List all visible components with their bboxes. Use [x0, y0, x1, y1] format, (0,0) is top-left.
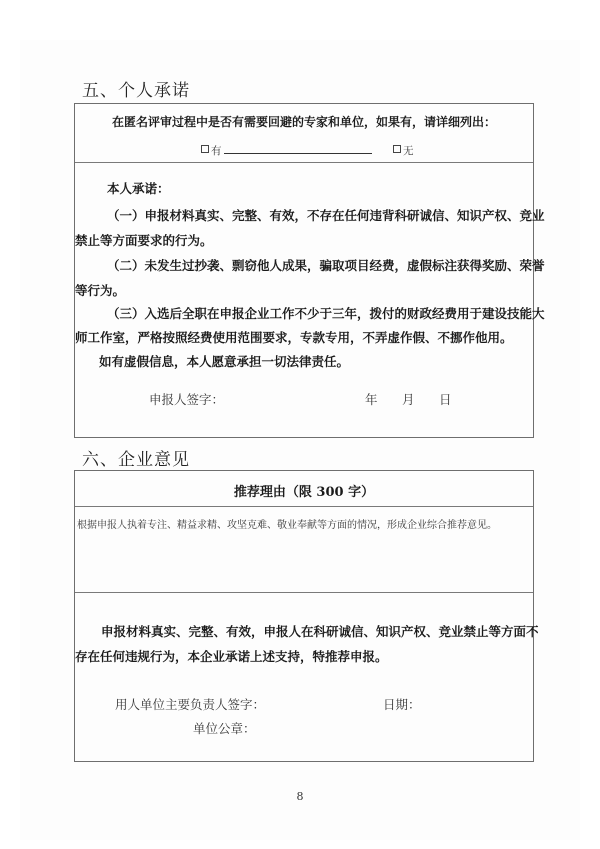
- enterprise-statement-line1: 申报材料真实、完整、有效，申报人在科研诚信、知识产权、竞业禁止等方面不: [101, 622, 539, 640]
- enterprise-statement-line2: 存在任何违规行为，本企业承诺上述支持，特推荐申报。: [75, 647, 388, 665]
- date-label: 日期：: [383, 695, 421, 713]
- personal-pledge-box: 在匿名评审过程中是否有需要回避的专家和单位，如果有，请详细列出： 有 无 本人承…: [74, 103, 534, 438]
- year-label: 年: [365, 390, 378, 408]
- pledge-item2-line1: （二）未发生过抄袭、剽窃他人成果，骗取项目经费，虚假标注获得奖励、荣誉: [107, 256, 545, 274]
- enterprise-opinion-box: 推荐理由（限 300 字） 根据申报人执着专注、精益求精、攻坚克难、敬业奉献等方…: [74, 470, 534, 762]
- reason-header: 推荐理由（限 300 字）: [75, 481, 533, 500]
- page-number: 8: [0, 790, 600, 803]
- pledge-item1-line1: （一）申报材料真实、完整、有效，不存在任何违背科研诚信、知识产权、竞业: [107, 206, 545, 224]
- pledge-heading: 本人承诺：: [107, 179, 170, 197]
- pledge-item2-line2: 等行为。: [75, 281, 125, 299]
- divider: [75, 506, 533, 507]
- option-no[interactable]: 无: [393, 143, 414, 158]
- avoidance-question: 在匿名评审过程中是否有需要回避的专家和单位，如果有，请详细列出：: [75, 113, 533, 130]
- pledge-item1-line2: 禁止等方面要求的行为。: [75, 231, 213, 249]
- leader-signature-field[interactable]: [271, 689, 371, 711]
- liability-statement: 如有虚假信息，本人愿意承担一切法律责任。: [99, 352, 349, 370]
- day-label: 日: [439, 390, 452, 408]
- reason-text-area[interactable]: [77, 531, 531, 589]
- reason-hint: 根据申报人执着专注、精益求精、攻坚克难、敬业奉献等方面的情况，形成企业综合推荐意…: [77, 516, 497, 531]
- divider: [75, 592, 533, 593]
- seal-label: 单位公章：: [193, 719, 256, 737]
- section5-title: 五、个人承诺: [82, 76, 190, 101]
- divider: [75, 162, 533, 163]
- leader-signature-label: 用人单位主要负责人签字：: [115, 695, 265, 713]
- date-field[interactable]: [425, 689, 525, 711]
- month-label: 月: [402, 390, 415, 408]
- pledge-item3-line1: （三）入选后全职在申报企业工作不少于三年，拨付的财政经费用于建设技能大: [107, 304, 545, 322]
- option-yes[interactable]: 有: [201, 143, 372, 158]
- checkbox-no[interactable]: [393, 145, 401, 153]
- section6-title: 六、企业意见: [82, 445, 190, 470]
- signature-label: 申报人签字：: [149, 390, 224, 408]
- signature-field[interactable]: [215, 384, 365, 406]
- avoidance-list-field[interactable]: [224, 143, 372, 154]
- seal-field[interactable]: [255, 713, 375, 735]
- checkbox-yes[interactable]: [201, 145, 209, 153]
- pledge-item3-line2: 师工作室，严格按照经费使用范围要求，专款专用，不弄虚作假、不挪作他用。: [75, 328, 513, 346]
